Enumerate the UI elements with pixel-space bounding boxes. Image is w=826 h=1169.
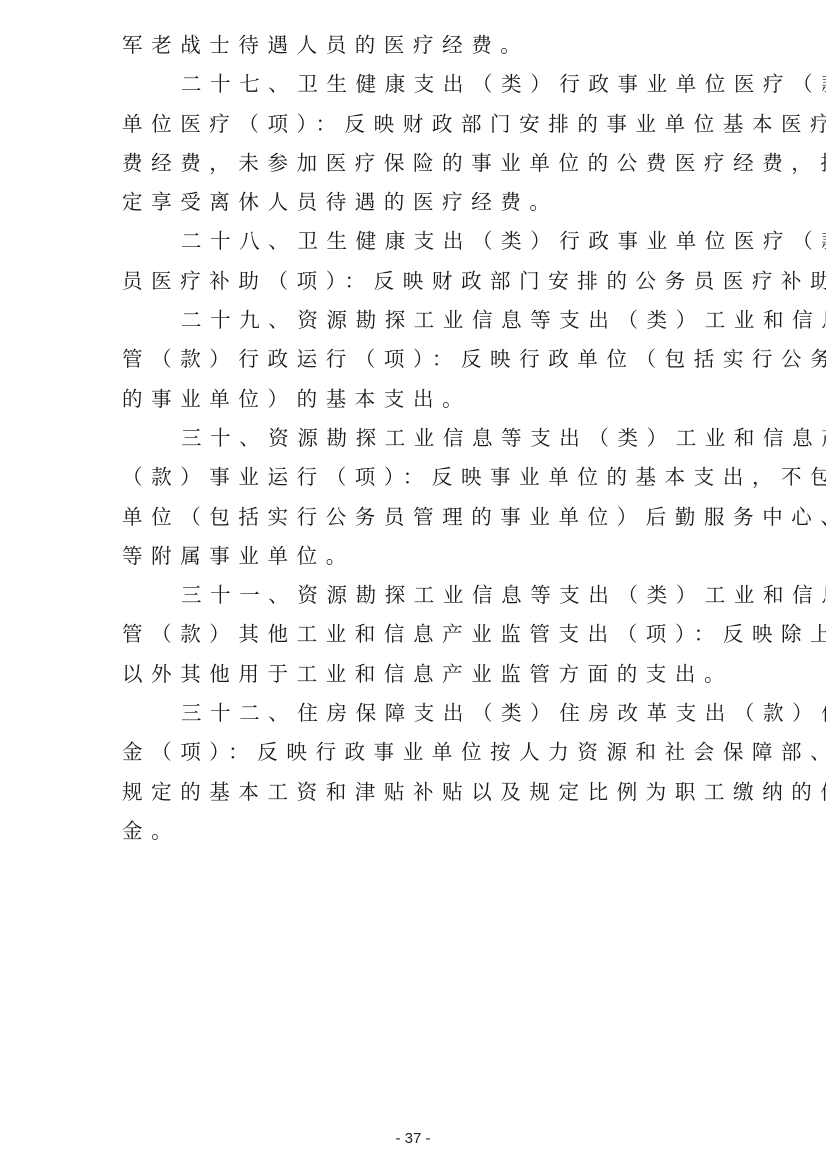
text-line: 员医疗补助（项）：反映财政部门安排的公务员医疗补助经费。 <box>122 262 718 301</box>
text-line: 以外其他用于工业和信息产业监管方面的支出。 <box>122 655 718 694</box>
paragraph-26-continuation: 军老战士待遇人员的医疗经费。 <box>122 26 718 65</box>
text-line: 军老战士待遇人员的医疗经费。 <box>122 26 718 65</box>
text-line: 三十一、资源勘探工业信息等支出（类）工业和信息产业监 <box>122 576 718 615</box>
text-line: 单位（包括实行公务员管理的事业单位）后勤服务中心、医务室 <box>122 498 718 537</box>
text-line: 管（款）其他工业和信息产业监管支出（项）：反映除上述项目 <box>122 615 718 654</box>
paragraph-32: 三十二、住房保障支出（类）住房改革支出（款）住房公积 金（项）：反映行政事业单位… <box>122 694 718 851</box>
text-line: 金（项）：反映行政事业单位按人力资源和社会保障部、财政部 <box>122 733 718 772</box>
text-line: 的事业单位）的基本支出。 <box>122 380 718 419</box>
text-line: 金。 <box>122 812 718 851</box>
document-page: 军老战士待遇人员的医疗经费。 二十七、卫生健康支出（类）行政事业单位医疗（款）事… <box>0 0 826 1169</box>
paragraph-27: 二十七、卫生健康支出（类）行政事业单位医疗（款）事业 单位医疗（项）：反映财政部… <box>122 65 718 222</box>
paragraph-29: 二十九、资源勘探工业信息等支出（类）工业和信息产业监 管（款）行政运行（项）：反… <box>122 301 718 419</box>
text-line: 规定的基本工资和津贴补贴以及规定比例为职工缴纳的住房公积 <box>122 773 718 812</box>
page-number: - 37 - <box>0 1130 826 1147</box>
text-line: 管（款）行政运行（项）：反映行政单位（包括实行公务员管理 <box>122 340 718 379</box>
text-line: （款）事业运行（项）：反映事业单位的基本支出，不包括行政 <box>122 458 718 497</box>
text-line: 三十二、住房保障支出（类）住房改革支出（款）住房公积 <box>122 694 718 733</box>
paragraph-31: 三十一、资源勘探工业信息等支出（类）工业和信息产业监 管（款）其他工业和信息产业… <box>122 576 718 694</box>
text-line: 三十、资源勘探工业信息等支出（类）工业和信息产业监管 <box>122 419 718 458</box>
document-body: 军老战士待遇人员的医疗经费。 二十七、卫生健康支出（类）行政事业单位医疗（款）事… <box>122 26 718 851</box>
text-line: 二十七、卫生健康支出（类）行政事业单位医疗（款）事业 <box>122 65 718 104</box>
text-line: 费经费，未参加医疗保险的事业单位的公费医疗经费，按国家规 <box>122 144 718 183</box>
text-line: 定享受离休人员待遇的医疗经费。 <box>122 183 718 222</box>
text-line: 等附属事业单位。 <box>122 537 718 576</box>
paragraph-28: 二十八、卫生健康支出（类）行政事业单位医疗（款）公务 员医疗补助（项）：反映财政… <box>122 222 718 301</box>
text-line: 二十九、资源勘探工业信息等支出（类）工业和信息产业监 <box>122 301 718 340</box>
paragraph-30: 三十、资源勘探工业信息等支出（类）工业和信息产业监管 （款）事业运行（项）：反映… <box>122 419 718 576</box>
text-line: 单位医疗（项）：反映财政部门安排的事业单位基本医疗保险缴 <box>122 105 718 144</box>
text-line: 二十八、卫生健康支出（类）行政事业单位医疗（款）公务 <box>122 222 718 261</box>
